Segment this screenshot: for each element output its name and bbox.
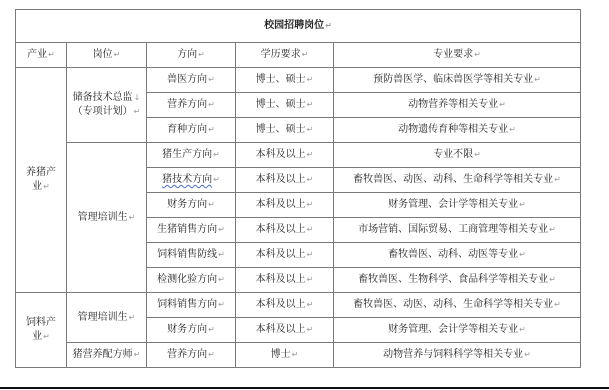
paragraph-mark-icon: ↵ [43,182,50,191]
paragraph-mark-icon: ↵ [519,200,526,209]
paragraph-mark-icon: ↵ [307,75,314,84]
paragraph-mark-icon: ↵ [307,250,314,259]
paragraph-mark-icon: ↵ [307,200,314,209]
paragraph-mark-icon: ↵ [307,150,314,159]
education-cell: 本科及以上↵ [236,293,334,318]
paragraph-mark-icon: ↵ [208,350,215,359]
paragraph-mark-icon: ↵ [208,75,215,84]
education-cell: 博士、硕士↵ [236,118,334,143]
direction-cell: 育种方向↵ [147,118,236,143]
major-cell: 专业不限↵ [334,143,581,168]
table-row: 饲料产业↵ 管理培训生↵ 饲料销售方向↵ 本科及以上↵ 畜牧兽医、动医、动科、生… [16,293,581,318]
title-row: 校园招聘岗位↵ [16,10,581,43]
paragraph-mark-icon: ↵ [554,300,561,309]
education-cell: 博士、硕士↵ [236,68,334,93]
paragraph-mark-icon: ↵ [208,200,215,209]
major-cell: 畜牧兽医、生物科学、食品科学等相关专业↵ [334,268,581,293]
direction-cell: 饲料销售方向↵ [147,293,236,318]
page-divider [0,387,609,389]
header-position: 岗位↵ [67,43,147,68]
major-cell: 畜牧兽医、动医、动科、生命科学等相关专业↵ [334,168,581,193]
education-cell: 博士↵ [236,343,334,368]
header-major: 专业要求↵ [334,43,581,68]
education-cell: 本科及以上↵ [236,268,334,293]
paragraph-mark-icon: ↵ [218,300,225,309]
position-cell-reserve-director: 储备技术总监↓（专项计划）↵ [67,68,147,143]
paragraph-mark-icon: ↵ [292,350,299,359]
paragraph-mark-icon: ↵ [48,50,55,59]
industry-cell-pig: 养猪产业↵ [16,68,67,293]
paragraph-mark-icon: ↵ [129,213,136,222]
table-row: 管理培训生↵ 猪生产方向↵ 本科及以上↵ 专业不限↵ [16,143,581,168]
major-cell: 财务管理、会计学等相关专业↵ [334,193,581,218]
paragraph-mark-icon: ↵ [43,332,50,341]
paragraph-mark-icon: ↵ [534,75,541,84]
paragraph-mark-icon: ↵ [134,350,141,359]
paragraph-mark-icon: ↵ [213,150,220,159]
paragraph-mark-icon: ↵ [218,225,225,234]
paragraph-mark-icon: ↵ [509,125,516,134]
paragraph-mark-icon: ↵ [519,325,526,334]
education-cell: 本科及以上↵ [236,193,334,218]
paragraph-mark-icon: ↵ [524,350,531,359]
table-row: 猪营养配方师↵ 营养方向↵ 博士↵ 动物营养与饲料科学等相关专业↵ [16,343,581,368]
direction-cell: 财务方向↵ [147,318,236,343]
position-cell-nutrition-formulator: 猪营养配方师↵ [67,343,147,368]
direction-cell: 饲料销售防线↵ [147,243,236,268]
paragraph-mark-icon: ↵ [213,175,220,184]
header-row: 产业↵ 岗位↵ 方向↵ 学历要求↵ 专业要求↵ [16,43,581,68]
table-row: 养猪产业↵ 储备技术总监↓（专项计划）↵ 兽医方向↵ 博士、硕士↵ 预防兽医学、… [16,68,581,93]
paragraph-mark-icon: ↵ [549,275,556,284]
paragraph-mark-icon: ↵ [474,50,481,59]
paragraph-mark-icon: ↵ [499,100,506,109]
education-cell: 本科及以上↵ [236,168,334,193]
table-title: 校园招聘岗位↵ [16,10,581,43]
position-cell-management-trainee: 管理培训生↵ [67,143,147,293]
direction-cell: 营养方向↵ [147,343,236,368]
paragraph-mark-icon: ↵ [549,225,556,234]
paragraph-mark-icon: ↵ [114,50,121,59]
paragraph-mark-icon: ↵ [134,107,141,116]
education-cell: 本科及以上↵ [236,218,334,243]
direction-cell: 财务方向↵ [147,193,236,218]
line-break-icon: ↓ [134,93,141,102]
header-industry: 产业↵ [16,43,67,68]
education-cell: 博士、硕士↵ [236,93,334,118]
major-cell: 畜牧兽医、动科、动医等专业↵ [334,243,581,268]
major-cell: 动物营养等相关专业↵ [334,93,581,118]
paragraph-mark-icon: ↵ [307,275,314,284]
paragraph-mark-icon: ↵ [208,325,215,334]
header-direction: 方向↵ [147,43,236,68]
major-cell: 财务管理、会计学等相关专业↵ [334,318,581,343]
paragraph-mark-icon: ↵ [307,175,314,184]
header-education: 学历要求↵ [236,43,334,68]
education-cell: 本科及以上↵ [236,243,334,268]
major-cell: 动物营养与饲料科学等相关专业↵ [334,343,581,368]
position-cell-management-trainee: 管理培训生↵ [67,293,147,343]
major-cell: 动物遗传育种等相关专业↵ [334,118,581,143]
paragraph-mark-icon: ↵ [218,275,225,284]
direction-cell: 生猪销售方向↵ [147,218,236,243]
education-cell: 本科及以上↵ [236,318,334,343]
paragraph-mark-icon: ↵ [307,300,314,309]
direction-cell: 兽医方向↵ [147,68,236,93]
paragraph-mark-icon: ↵ [307,125,314,134]
industry-cell-feed: 饲料产业↵ [16,293,67,368]
paragraph-mark-icon: ↵ [307,225,314,234]
direction-cell: 营养方向↵ [147,93,236,118]
direction-cell: 猪技术方向↵ [147,168,236,193]
major-cell: 预防兽医学、临床兽医学等相关专业↵ [334,68,581,93]
education-cell: 本科及以上↵ [236,143,334,168]
paragraph-mark-icon: ↵ [218,250,225,259]
paragraph-mark-icon: ↵ [307,325,314,334]
paragraph-mark-icon: ↵ [208,100,215,109]
paragraph-mark-icon: ↵ [554,175,561,184]
paragraph-mark-icon: ↵ [519,250,526,259]
direction-cell: 猪生产方向↵ [147,143,236,168]
paragraph-mark-icon: ↵ [307,100,314,109]
paragraph-mark-icon: ↵ [208,125,215,134]
recruitment-table: 校园招聘岗位↵ 产业↵ 岗位↵ 方向↵ 学历要求↵ 专业要求↵ 养猪产业↵ 储备… [15,9,581,368]
direction-cell: 检测化验方向↵ [147,268,236,293]
paragraph-mark-icon: ↵ [198,50,205,59]
major-cell: 畜牧兽医、动医、动科、生命科学等相关专业↵ [334,293,581,318]
paragraph-mark-icon: ↵ [302,50,309,59]
paragraph-mark-icon: ↵ [129,313,136,322]
paragraph-mark-icon: ↵ [325,21,332,30]
paragraph-mark-icon: ↵ [474,150,481,159]
major-cell: 市场营销、国际贸易、工商管理等相关专业↵ [334,218,581,243]
